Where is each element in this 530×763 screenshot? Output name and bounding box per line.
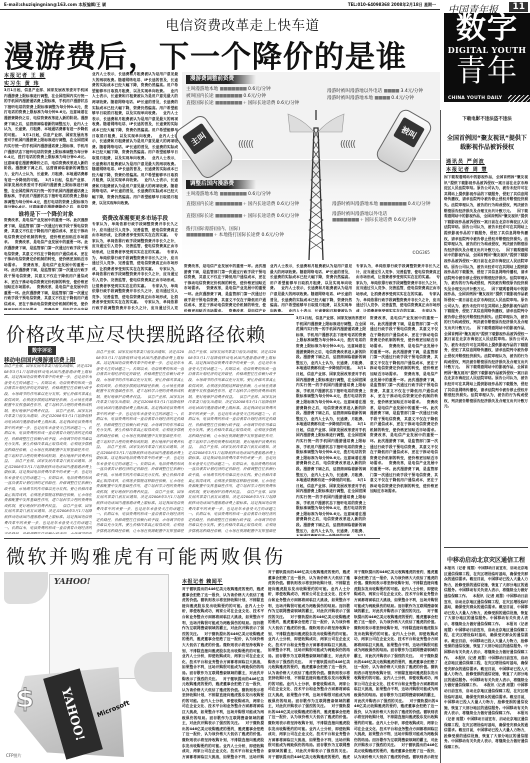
graphic-top-title: 漫游费调整前资费: [186, 75, 256, 84]
rate-row: 漫游时被叫漫游地本地 ■■■■ 0.4元/分钟: [327, 96, 414, 102]
lead-body-3: 业内人士表示，长途费和月租费被认为是用户意见最大的两项收费。随着网络电话、IP长…: [92, 72, 178, 212]
lead-subhead-2: 资费改革需要更多市场手段: [92, 214, 178, 222]
rate-row: ■■■■■■■ + 本地拨打国际长途费 0.6元/分钟: [186, 233, 284, 239]
header-contact: E-mail:shuziqingnian@163.com 本版编辑/王 颖: [4, 0, 106, 9]
section-tag: 数字评论: [28, 346, 56, 355]
rate-row: 漫游时被叫漫游地本地 ■■■■■■■ 0.4元/分钟: [332, 202, 430, 208]
divider: [4, 314, 294, 315]
lead-byline-1: 本报记者 王 颖: [4, 72, 45, 79]
second-subhead: 移动电信国内漫游通话费上限: [4, 356, 94, 364]
divider: [444, 547, 528, 548]
lead-kicker: 电信资费改革走上快车道: [155, 14, 330, 34]
sidebar-byline-1: 通讯员 严剑波: [446, 158, 485, 165]
lead-body-cont-2: 业内人士表示，长途费和月租费被认为是用户意见最大的两项收费。随着网络电话、IP长…: [270, 264, 352, 312]
section-title-top: 数字: [444, 13, 530, 45]
second-headline: 价格改革应尽快摆脱路径依赖: [6, 320, 266, 347]
rate-row: ■■■■■■■ + 国际长途话费 0.6元/分钟: [332, 218, 416, 224]
section-title-block: 数字 DIGITAL YOUTH 青年: [444, 13, 530, 95]
phone-left-label: 主叫: [182, 123, 214, 155]
image-credit: CFP图片: [6, 753, 22, 759]
second-body-col-2: 信息产业部、国家发展改革委日前发出通知，决定自2008年3月1日起降低移动电话国…: [96, 350, 184, 534]
second-body-col-1: 信息产业部、国家发展改革委日前发出通知，决定自2008年3月1日起降低移动电话国…: [4, 364, 92, 534]
signal-waves-right-icon: ((((((: [340, 140, 355, 150]
section-title-bottom: 青年: [444, 55, 530, 89]
lead-body-2: 资费改革，是电信产业发展中的重要一环。此次漫游费下调，是监管部门第一次通过行政手…: [4, 218, 88, 310]
lead-body-cont-1: 资费改革，是电信产业发展中的重要一环。此次漫游费下调，是监管部门第一次通过行政手…: [184, 264, 266, 312]
sidebar-byline-2: 本报记者 周 慧: [446, 166, 487, 173]
rate-row: 直拨国际长途 ■■■■■■■ + 国际长途话费 0.6元/分钟: [186, 101, 299, 107]
rate-row: 主叫漫游地本地 ■■■■■■■ 0.6元/分钟: [186, 192, 271, 198]
rate-row: 被叫国内长途 ■■■■■■■ 0.6元/分钟: [186, 94, 266, 100]
lead-body-1: 3月1日起，信息产业部、国家发展改革委对手机国内漫游费上限标准进行调整，在全国范…: [4, 88, 88, 208]
graphic-credit: ©DG365: [412, 250, 430, 255]
phone-right-label: 被叫: [393, 117, 425, 148]
second-body-col-3: 信息产业部、国家发展改革委日前发出通知，决定自2008年3月1日起降低移动电话国…: [188, 350, 276, 534]
lead-body-4: 专家认为，单纯依靠行政手段调整资费并非长久之计，应当通过引入竞争、完善监管，使电…: [92, 222, 178, 310]
masthead: 中国青年报 11 数字 DIGITAL YOUTH 青年 CHINA YOUTH…: [444, 0, 530, 110]
rate-row: 主叫漫游地本地 ■■■■■■■ 0.6元/分钟: [186, 87, 271, 93]
sidebar-headline: 全国首例因“聚友视讯”提供下载影视作品被诉侵权: [446, 134, 528, 152]
sidebar-body: 因下载观看网站中的影视作品，全国首例因“聚友视讯”提供下载影视作品被诉侵权一案日…: [444, 175, 528, 545]
lead-subhead-1: 谁将是下一个降价对象: [4, 210, 88, 218]
sidebar-kicker: 下载电影不违法盗不违法: [446, 115, 528, 124]
third-body-col-1: 对于微软提出的446亿美元收购雅虎的要约，雅虎董事会拒绝了这一报价，认为该价格大…: [182, 587, 264, 759]
lead-body-cont-4: 3月1日起，信息产业部、国家发展改革委对手机国内漫游费上限标准进行调整，在全国范…: [296, 316, 366, 536]
dollar-icon: $: [16, 684, 34, 714]
signal-waves-left-icon: ((((((: [238, 140, 253, 150]
rate-row: 直拨国内长途 ■■■■■■■ + 国内长途话费 0.6元/分钟: [186, 202, 299, 208]
yahoo-logo-small: YAHOO!: [54, 576, 90, 586]
yahoo-illustration: YAHOO! $ YAHOO! Microsoft CFP图片: [4, 572, 172, 761]
third-body-col-3: 对于微软提出的446亿美元收购雅虎的要约，雅虎董事会拒绝了这一报价，认为该价格大…: [354, 570, 438, 759]
sidebar-second-body: 本报讯（记者 周慧）中国移动日前宣布，启动北京地区通信保障工程，在灾区增设临时基…: [444, 566, 528, 761]
lead-body-cont-5: 资费改革，是电信产业发展中的重要一环。此次漫游费下调，是监管部门第一次通过行政手…: [370, 316, 438, 536]
lead-headline: 漫游费后，下一个降价的是谁: [4, 32, 440, 76]
third-body-col-2: 对于微软提出的446亿美元收购雅虎的要约，雅虎董事会拒绝了这一报价，认为该价格大…: [268, 570, 350, 759]
sidebar-second-headline: 中移动启动北京灾区通信工程: [442, 555, 530, 564]
third-headline: 微软并购雅虎有可能两败俱伤: [6, 542, 286, 569]
hand-image: [4, 572, 48, 604]
column-rule: [440, 110, 441, 763]
lead-body-cont-3: 专家认为，单纯依靠行政手段调整资费并非长久之计，应当通过引入竞争、完善监管，使电…: [356, 264, 440, 312]
hand-image: [134, 652, 172, 692]
rate-row: 直拨国际长途 ■■■■■■■ + 国际长途话费 0.6元/分钟: [186, 214, 299, 220]
divider: [4, 538, 380, 539]
masthead-strip: CHINA YOUTH DAILY: [444, 95, 530, 102]
rate-row: 漫游时被叫漫游地以外电话 ■■■■ 3.4元/分钟: [327, 89, 423, 95]
antenna-dishes-icon: [286, 112, 346, 134]
third-byline: 本报记者 赖闻平: [182, 578, 223, 585]
header-date: TEL:010-64098368 2008年2月18日 星期一: [348, 0, 436, 9]
page-header-bar: E-mail:shuziqingnian@163.com 本版编辑/王 颖 TE…: [0, 0, 440, 10]
graphic-bottom-title: 调整后国内漫游费: [186, 180, 256, 189]
lead-byline-2: 实习生 黄 玮: [4, 80, 39, 87]
